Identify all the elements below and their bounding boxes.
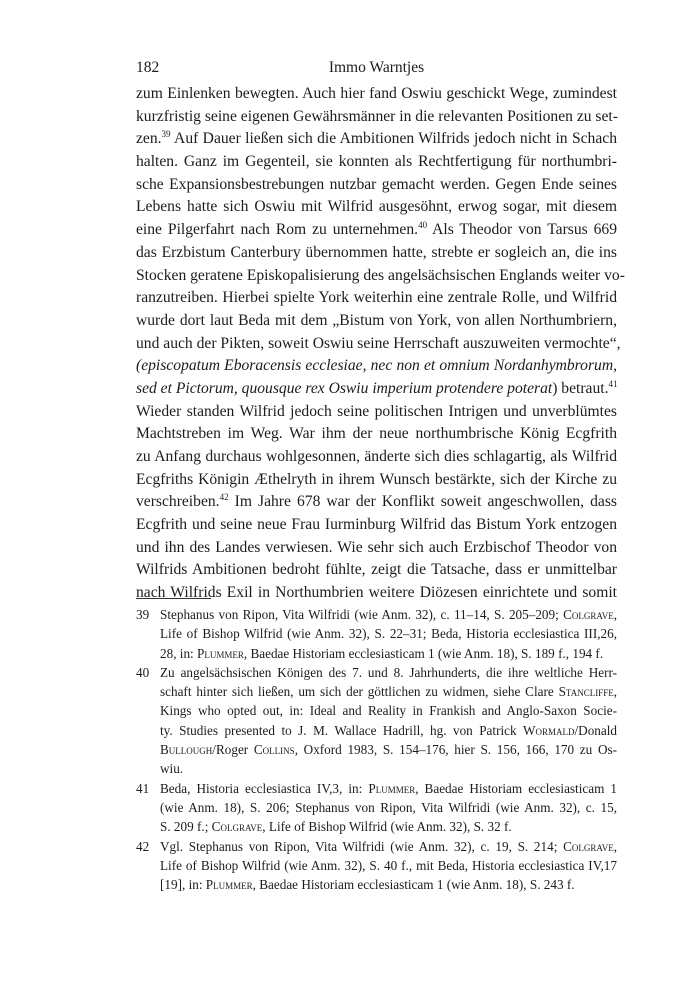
footnote-ref[interactable]: 39 xyxy=(162,129,171,139)
text-line: Ecgfriths Königin Æthelryth in ihrem Wun… xyxy=(136,469,617,492)
footnote-line: 28, in: Plummer, Baedae Historiam eccles… xyxy=(160,644,617,663)
text-line: Wieder standen Wilfrid jedoch seine poli… xyxy=(136,401,617,424)
latin-quote: sed et Pictorum, quousque rex Oswiu impe… xyxy=(136,380,552,397)
latin-quote-line: (episcopatum Eboracensis ecclesiae, nec … xyxy=(136,355,617,378)
page-header: 182 Immo Warntjes xyxy=(136,59,617,79)
footnote-number: 42 xyxy=(136,837,149,856)
footnote-line: wiu. xyxy=(160,759,617,778)
footnote-line: Zu angelsächsischen Königen des 7. und 8… xyxy=(160,663,617,682)
text-line: zu Anfang durchaus wohlgesonnen, änderte… xyxy=(136,446,617,469)
footnote-ref[interactable]: 41 xyxy=(609,379,618,389)
footnote-separator xyxy=(136,598,211,599)
text-line: wurde dort laut Beda mit dem „Bistum von… xyxy=(136,310,617,333)
footnote-number: 40 xyxy=(136,663,149,682)
footnote-number: 39 xyxy=(136,605,149,624)
text-line: Machtstreben im Weg. War ihm der neue no… xyxy=(136,423,617,446)
text-line: das Erzbistum Canterbury übernommen hatt… xyxy=(136,242,617,265)
footnote-42: 42 Vgl. Stephanus von Ripon, Vita Wilfri… xyxy=(136,837,617,895)
text-line: zum Einlenken bewegten. Auch hier fand O… xyxy=(136,83,617,106)
footnote-line: Beda, Historia ecclesiastica IV,3, in: P… xyxy=(160,779,617,798)
footnotes: 39 Stephanus von Ripon, Vita Wilfridi (w… xyxy=(136,605,617,894)
main-text: zum Einlenken bewegten. Auch hier fand O… xyxy=(136,83,617,605)
footnote-line: S. 209 f.; Colgrave, Life of Bishop Wilf… xyxy=(160,817,617,836)
footnote-line: (wie Anm. 18), S. 206; Stephanus von Rip… xyxy=(160,798,617,817)
text-line: Ecgfrith und seine neue Frau Iurminburg … xyxy=(136,514,617,537)
text-line: ranzutreiben. Hierbei spielte York weite… xyxy=(136,287,617,310)
text-line: Wilfrids Ambitionen bedroht fühlte, zeig… xyxy=(136,559,617,582)
footnote-line: ty. Studies presented to J. M. Wallace H… xyxy=(160,721,617,740)
footnote-line: [19], in: Plummer, Baedae Historiam eccl… xyxy=(160,875,617,894)
text-line: nach Wilfrids Exil in Northumbrien weite… xyxy=(136,582,617,605)
text-line: und auch der Pikten, soweit Oswiu seine … xyxy=(136,333,617,356)
footnote-line: Stephanus von Ripon, Vita Wilfridi (wie … xyxy=(160,605,617,624)
footnote-line: Bullough/Roger Collins, Oxford 1983, S. … xyxy=(160,740,617,759)
text-line: verschreiben.42 Im Jahre 678 war der Kon… xyxy=(136,491,617,514)
footnote-line: Kings who opted out, in: Ideal and Reali… xyxy=(160,701,617,720)
text-line: sche Expansionsbestrebungen nutzbar gema… xyxy=(136,174,617,197)
footnote-line: Life of Bishop Wilfrid (wie Anm. 32), S.… xyxy=(160,856,617,875)
footnote-line: schaft hinter sich ließen, um sich der g… xyxy=(160,682,617,701)
text-line: Lebens hatte sich Oswiu mit Wilfrid ausg… xyxy=(136,196,617,219)
footnote-40: 40 Zu angelsächsischen Königen des 7. un… xyxy=(136,663,617,779)
footnote-ref[interactable]: 40 xyxy=(418,220,427,230)
text-line: kurzfristig seine eigenen Gewährsmänner … xyxy=(136,106,617,129)
text-line: sed et Pictorum, quousque rex Oswiu impe… xyxy=(136,378,617,401)
footnote-41: 41 Beda, Historia ecclesiastica IV,3, in… xyxy=(136,779,617,837)
running-head-author: Immo Warntjes xyxy=(136,59,617,77)
footnote-39: 39 Stephanus von Ripon, Vita Wilfridi (w… xyxy=(136,605,617,663)
footnote-number: 41 xyxy=(136,779,149,798)
text-line: und ihn des Landes verwiesen. Wie sehr s… xyxy=(136,537,617,560)
text-line: zen.39 Auf Dauer ließen sich die Ambitio… xyxy=(136,128,617,151)
text-line: Stocken geratene Episkopalisierung des a… xyxy=(136,265,617,288)
text-line: halten. Ganz im Gegenteil, sie konnten a… xyxy=(136,151,617,174)
text-line: eine Pilgerfahrt nach Rom zu unternehmen… xyxy=(136,219,617,242)
footnote-line: Vgl. Stephanus von Ripon, Vita Wilfridi … xyxy=(160,837,617,856)
footnote-line: Life of Bishop Wilfrid (wie Anm. 32), S.… xyxy=(160,624,617,643)
footnote-ref[interactable]: 42 xyxy=(220,492,229,502)
